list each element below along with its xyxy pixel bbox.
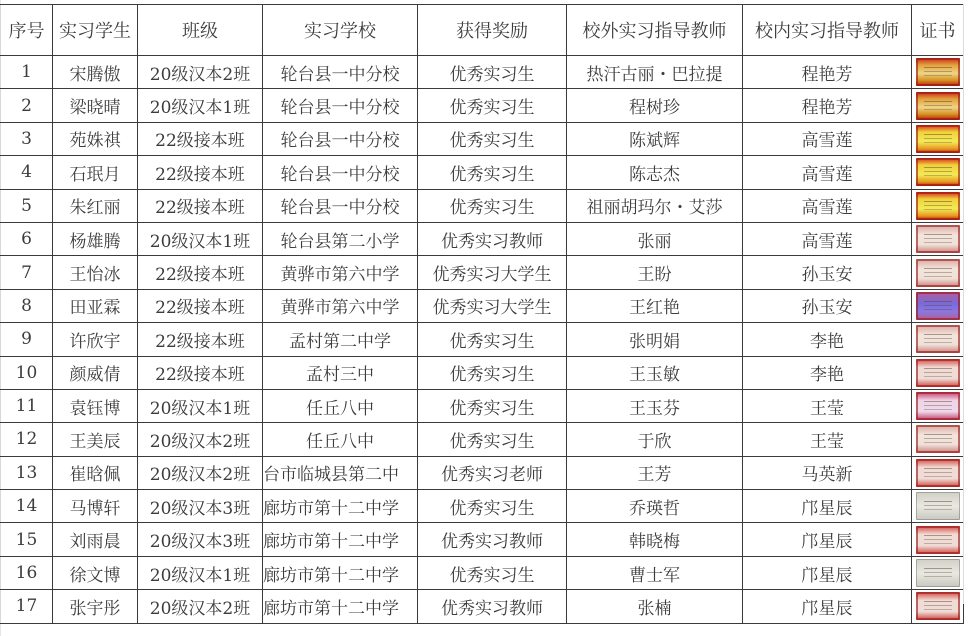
table-row: 2 梁晓晴 20级汉本1班 轮台县一中分校 优秀实习生 程树珍 程艳芳 — [1, 89, 964, 122]
cell-award[interactable]: 优秀实习生 — [418, 356, 567, 389]
internship-awards-table: 序号 实习学生 班级 实习学校 获得奖励 校外实习指导教师 校内实习指导教师 证… — [0, 4, 964, 624]
cell-award[interactable]: 优秀实习大学生 — [418, 289, 567, 322]
cell-award[interactable]: 优秀实习生 — [418, 189, 567, 222]
cell-inside-mentor[interactable]: 李艳 — [743, 356, 912, 389]
cell-class[interactable]: 22级接本班 — [138, 189, 263, 222]
cell-certificate[interactable] — [912, 323, 964, 356]
cell-school[interactable]: 廊坊市第十二中学 — [263, 556, 418, 589]
cell-no[interactable]: 1 — [1, 56, 53, 89]
cell-school[interactable]: 黄骅市第六中学 — [263, 289, 418, 322]
cell-school[interactable]: 任丘八中 — [263, 389, 418, 422]
table-row: 17 张宇彤 20级汉本2班 廊坊市第十二中学 优秀实习教师 张楠 邝星辰 — [1, 590, 964, 623]
cell-certificate[interactable] — [912, 189, 964, 222]
table-row: 13 崔晗佩 20级汉本2班 台市临城县第二中 优秀实习老师 王芳 马英新 — [1, 456, 964, 489]
cell-class[interactable]: 20级汉本2班 — [138, 456, 263, 489]
cell-no[interactable]: 5 — [1, 189, 53, 222]
cell-certificate[interactable] — [912, 490, 964, 523]
cell-award[interactable]: 优秀实习生 — [418, 423, 567, 456]
cell-class[interactable]: 22级接本班 — [138, 356, 263, 389]
table-row: 5 朱红丽 22级接本班 轮台县一中分校 优秀实习生 祖丽胡玛尔・艾莎 高雪莲 — [1, 189, 964, 222]
table-row: 7 王怡冰 22级接本班 黄骅市第六中学 优秀实习大学生 王盼 孙玉安 — [1, 256, 964, 289]
cell-no[interactable]: 11 — [1, 389, 53, 422]
cell-no[interactable]: 15 — [1, 523, 53, 556]
cell-certificate[interactable] — [912, 389, 964, 422]
cell-no[interactable]: 13 — [1, 456, 53, 489]
cell-outside-mentor[interactable]: 祖丽胡玛尔・艾莎 — [567, 189, 743, 222]
cell-class[interactable]: 20级汉本1班 — [138, 389, 263, 422]
cell-award[interactable]: 优秀实习生 — [418, 323, 567, 356]
table-row: 12 王美辰 20级汉本2班 任丘八中 优秀实习生 于欣 王莹 — [1, 423, 964, 456]
header-student[interactable]: 实习学生 — [53, 5, 138, 56]
cell-certificate[interactable] — [912, 289, 964, 322]
cell-outside-mentor[interactable]: 王红艳 — [567, 289, 743, 322]
cell-certificate[interactable] — [912, 423, 964, 456]
cell-student[interactable]: 石珉月 — [53, 156, 138, 189]
table-row: 16 徐文博 20级汉本1班 廊坊市第十二中学 优秀实习生 曹士军 邝星辰 — [1, 556, 964, 589]
cell-student[interactable]: 徐文博 — [53, 556, 138, 589]
cell-no[interactable]: 2 — [1, 89, 53, 122]
cell-award[interactable]: 优秀实习教师 — [418, 222, 567, 255]
certificate-thumbnail-icon[interactable] — [916, 392, 960, 420]
certificate-thumbnail-icon[interactable] — [916, 92, 960, 120]
cell-outside-mentor[interactable]: 陈斌辉 — [567, 122, 743, 155]
cell-award[interactable]: 优秀实习老师 — [418, 456, 567, 489]
cell-no[interactable]: 17 — [1, 590, 53, 623]
cell-outside-mentor[interactable]: 韩晓梅 — [567, 523, 743, 556]
cell-inside-mentor[interactable]: 高雪莲 — [743, 222, 912, 255]
certificate-thumbnail-icon[interactable] — [916, 359, 960, 387]
cell-outside-mentor[interactable]: 陈志杰 — [567, 156, 743, 189]
cell-outside-mentor[interactable]: 王玉敏 — [567, 356, 743, 389]
cell-outside-mentor[interactable]: 乔瑛哲 — [567, 490, 743, 523]
cell-outside-mentor[interactable]: 张丽 — [567, 222, 743, 255]
cell-inside-mentor[interactable]: 邝星辰 — [743, 523, 912, 556]
cell-outside-mentor[interactable]: 程树珍 — [567, 89, 743, 122]
cell-student[interactable]: 杨雄腾 — [53, 222, 138, 255]
cell-no[interactable]: 12 — [1, 423, 53, 456]
table-row: 15 刘雨晨 20级汉本3班 廊坊市第十二中学 优秀实习教师 韩晓梅 邝星辰 — [1, 523, 964, 556]
cell-award[interactable]: 优秀实习生 — [418, 89, 567, 122]
cell-no[interactable]: 14 — [1, 490, 53, 523]
certificate-thumbnail-icon[interactable] — [916, 559, 960, 587]
cell-award[interactable]: 优秀实习生 — [418, 156, 567, 189]
cell-school[interactable]: 轮台县一中分校 — [263, 89, 418, 122]
cell-inside-mentor[interactable]: 高雪莲 — [743, 122, 912, 155]
cell-certificate[interactable] — [912, 56, 964, 89]
cell-class[interactable]: 22级接本班 — [138, 156, 263, 189]
header-school[interactable]: 实习学校 — [263, 5, 418, 56]
cell-no[interactable]: 6 — [1, 222, 53, 255]
certificate-thumbnail-icon[interactable] — [916, 492, 960, 520]
cell-certificate[interactable] — [912, 556, 964, 589]
cell-student[interactable]: 田亚霖 — [53, 289, 138, 322]
cell-award[interactable]: 优秀实习生 — [418, 389, 567, 422]
cell-class[interactable]: 20级汉本1班 — [138, 222, 263, 255]
cell-class[interactable]: 20级汉本3班 — [138, 523, 263, 556]
certificate-thumbnail-icon[interactable] — [916, 425, 960, 453]
cell-student[interactable]: 马博轩 — [53, 490, 138, 523]
cell-inside-mentor[interactable]: 邝星辰 — [743, 490, 912, 523]
next-column-edge — [963, 4, 972, 604]
cell-inside-mentor[interactable]: 高雪莲 — [743, 189, 912, 222]
cell-class[interactable]: 20级汉本2班 — [138, 590, 263, 623]
certificate-thumbnail-icon[interactable] — [916, 225, 960, 253]
cell-school[interactable]: 任丘八中 — [263, 423, 418, 456]
certificate-thumbnail-icon[interactable] — [916, 259, 960, 287]
certificate-thumbnail-icon[interactable] — [916, 125, 960, 153]
cell-award[interactable]: 优秀实习教师 — [418, 590, 567, 623]
certificate-thumbnail-icon[interactable] — [916, 192, 960, 220]
cell-outside-mentor[interactable]: 王芳 — [567, 456, 743, 489]
table-row: 9 许欣宇 22级接本班 孟村第二中学 优秀实习生 张明娟 李艳 — [1, 323, 964, 356]
cell-certificate[interactable] — [912, 122, 964, 155]
cell-certificate[interactable] — [912, 523, 964, 556]
table-row: 8 田亚霖 22级接本班 黄骅市第六中学 优秀实习大学生 王红艳 孙玉安 — [1, 289, 964, 322]
cell-certificate[interactable] — [912, 590, 964, 623]
cell-no[interactable]: 3 — [1, 122, 53, 155]
header-outside-mentor[interactable]: 校外实习指导教师 — [567, 5, 743, 56]
cell-inside-mentor[interactable]: 邝星辰 — [743, 556, 912, 589]
cell-award[interactable]: 优秀实习生 — [418, 122, 567, 155]
table-row: 4 石珉月 22级接本班 轮台县一中分校 优秀实习生 陈志杰 高雪莲 — [1, 156, 964, 189]
cell-student[interactable]: 刘雨晨 — [53, 523, 138, 556]
cell-outside-mentor[interactable]: 曹士军 — [567, 556, 743, 589]
cell-class[interactable]: 20级汉本1班 — [138, 89, 263, 122]
cell-inside-mentor[interactable]: 高雪莲 — [743, 156, 912, 189]
cell-class[interactable]: 22级接本班 — [138, 289, 263, 322]
cell-student[interactable]: 崔晗佩 — [53, 456, 138, 489]
cell-certificate[interactable] — [912, 456, 964, 489]
cell-no[interactable]: 16 — [1, 556, 53, 589]
cell-student[interactable]: 梁晓晴 — [53, 89, 138, 122]
table-row: 10 颜威倩 22级接本班 孟村三中 优秀实习生 王玉敏 李艳 — [1, 356, 964, 389]
certificate-thumbnail-icon[interactable] — [916, 459, 960, 487]
cell-no[interactable]: 9 — [1, 323, 53, 356]
cell-certificate[interactable] — [912, 222, 964, 255]
certificate-thumbnail-icon[interactable] — [916, 526, 960, 554]
cell-student[interactable]: 宋腾傲 — [53, 56, 138, 89]
cell-school[interactable]: 廊坊市第十二中学 — [263, 490, 418, 523]
cell-certificate[interactable] — [912, 256, 964, 289]
cell-school[interactable]: 轮台县第二小学 — [263, 222, 418, 255]
cell-outside-mentor[interactable]: 于欣 — [567, 423, 743, 456]
cell-outside-mentor[interactable]: 张楠 — [567, 590, 743, 623]
cell-student[interactable]: 许欣宇 — [53, 323, 138, 356]
cell-student[interactable]: 颜威倩 — [53, 356, 138, 389]
cell-class[interactable]: 22级接本班 — [138, 122, 263, 155]
cell-certificate[interactable] — [912, 89, 964, 122]
header-class[interactable]: 班级 — [138, 5, 263, 56]
cell-inside-mentor[interactable]: 孙玉安 — [743, 256, 912, 289]
cell-school[interactable]: 轮台县一中分校 — [263, 56, 418, 89]
certificate-thumbnail-icon[interactable] — [916, 158, 960, 186]
certificate-thumbnail-icon[interactable] — [916, 292, 960, 320]
cell-school[interactable]: 轮台县一中分校 — [263, 156, 418, 189]
cell-class[interactable]: 20级汉本1班 — [138, 556, 263, 589]
cell-certificate[interactable] — [912, 156, 964, 189]
cell-student[interactable]: 张宇彤 — [53, 590, 138, 623]
table-row: 6 杨雄腾 20级汉本1班 轮台县第二小学 优秀实习教师 张丽 高雪莲 — [1, 222, 964, 255]
cell-class[interactable]: 22级接本班 — [138, 256, 263, 289]
cell-student[interactable]: 苑姝祺 — [53, 122, 138, 155]
header-no[interactable]: 序号 — [1, 5, 53, 56]
cell-school[interactable]: 廊坊市第十二中学 — [263, 523, 418, 556]
cell-no[interactable]: 4 — [1, 156, 53, 189]
cell-outside-mentor[interactable]: 热汗古丽・巴拉提 — [567, 56, 743, 89]
cell-inside-mentor[interactable]: 李艳 — [743, 323, 912, 356]
cell-school[interactable]: 廊坊市第十二中学 — [263, 590, 418, 623]
cell-school[interactable]: 台市临城县第二中 — [263, 456, 418, 489]
cell-student[interactable]: 朱红丽 — [53, 189, 138, 222]
header-certificate[interactable]: 证书 — [912, 5, 964, 56]
cell-outside-mentor[interactable]: 王盼 — [567, 256, 743, 289]
table-row: 3 苑姝祺 22级接本班 轮台县一中分校 优秀实习生 陈斌辉 高雪莲 — [1, 122, 964, 155]
certificate-thumbnail-icon[interactable] — [916, 325, 960, 353]
cell-student[interactable]: 袁钰博 — [53, 389, 138, 422]
cell-class[interactable]: 22级接本班 — [138, 323, 263, 356]
cell-inside-mentor[interactable]: 程艳芳 — [743, 56, 912, 89]
cell-class[interactable]: 20级汉本2班 — [138, 56, 263, 89]
header-row: 序号 实习学生 班级 实习学校 获得奖励 校外实习指导教师 校内实习指导教师 证… — [1, 5, 964, 56]
cell-school[interactable]: 轮台县一中分校 — [263, 189, 418, 222]
cell-inside-mentor[interactable]: 王莹 — [743, 389, 912, 422]
cell-outside-mentor[interactable]: 王玉芬 — [567, 389, 743, 422]
table-row: 14 马博轩 20级汉本3班 廊坊市第十二中学 优秀实习生 乔瑛哲 邝星辰 — [1, 490, 964, 523]
cell-student[interactable]: 王美辰 — [53, 423, 138, 456]
cell-no[interactable]: 10 — [1, 356, 53, 389]
cell-no[interactable]: 7 — [1, 256, 53, 289]
cell-award[interactable]: 优秀实习生 — [418, 490, 567, 523]
cell-school[interactable]: 轮台县一中分校 — [263, 122, 418, 155]
cell-inside-mentor[interactable]: 王莹 — [743, 423, 912, 456]
cell-inside-mentor[interactable]: 孙玉安 — [743, 289, 912, 322]
cell-school[interactable]: 孟村第二中学 — [263, 323, 418, 356]
cell-award[interactable]: 优秀实习生 — [418, 556, 567, 589]
cell-certificate[interactable] — [912, 356, 964, 389]
cell-class[interactable]: 20级汉本2班 — [138, 423, 263, 456]
table-row: 11 袁钰博 20级汉本1班 任丘八中 优秀实习生 王玉芬 王莹 — [1, 389, 964, 422]
cell-class[interactable]: 20级汉本3班 — [138, 490, 263, 523]
cell-no[interactable]: 8 — [1, 289, 53, 322]
cell-award[interactable]: 优秀实习生 — [418, 56, 567, 89]
cell-award[interactable]: 优秀实习大学生 — [418, 256, 567, 289]
certificate-thumbnail-icon[interactable] — [916, 592, 960, 620]
table-body: 1 宋腾傲 20级汉本2班 轮台县一中分校 优秀实习生 热汗古丽・巴拉提 程艳芳… — [1, 56, 964, 624]
cell-inside-mentor[interactable]: 马英新 — [743, 456, 912, 489]
header-inside-mentor[interactable]: 校内实习指导教师 — [743, 5, 912, 56]
cell-school[interactable]: 孟村三中 — [263, 356, 418, 389]
table-row: 1 宋腾傲 20级汉本2班 轮台县一中分校 优秀实习生 热汗古丽・巴拉提 程艳芳 — [1, 56, 964, 89]
cell-award[interactable]: 优秀实习教师 — [418, 523, 567, 556]
cell-student[interactable]: 王怡冰 — [53, 256, 138, 289]
cell-inside-mentor[interactable]: 邝星辰 — [743, 590, 912, 623]
cell-inside-mentor[interactable]: 程艳芳 — [743, 89, 912, 122]
cell-school[interactable]: 黄骅市第六中学 — [263, 256, 418, 289]
cell-outside-mentor[interactable]: 张明娟 — [567, 323, 743, 356]
certificate-thumbnail-icon[interactable] — [916, 58, 960, 86]
header-award[interactable]: 获得奖励 — [418, 5, 567, 56]
